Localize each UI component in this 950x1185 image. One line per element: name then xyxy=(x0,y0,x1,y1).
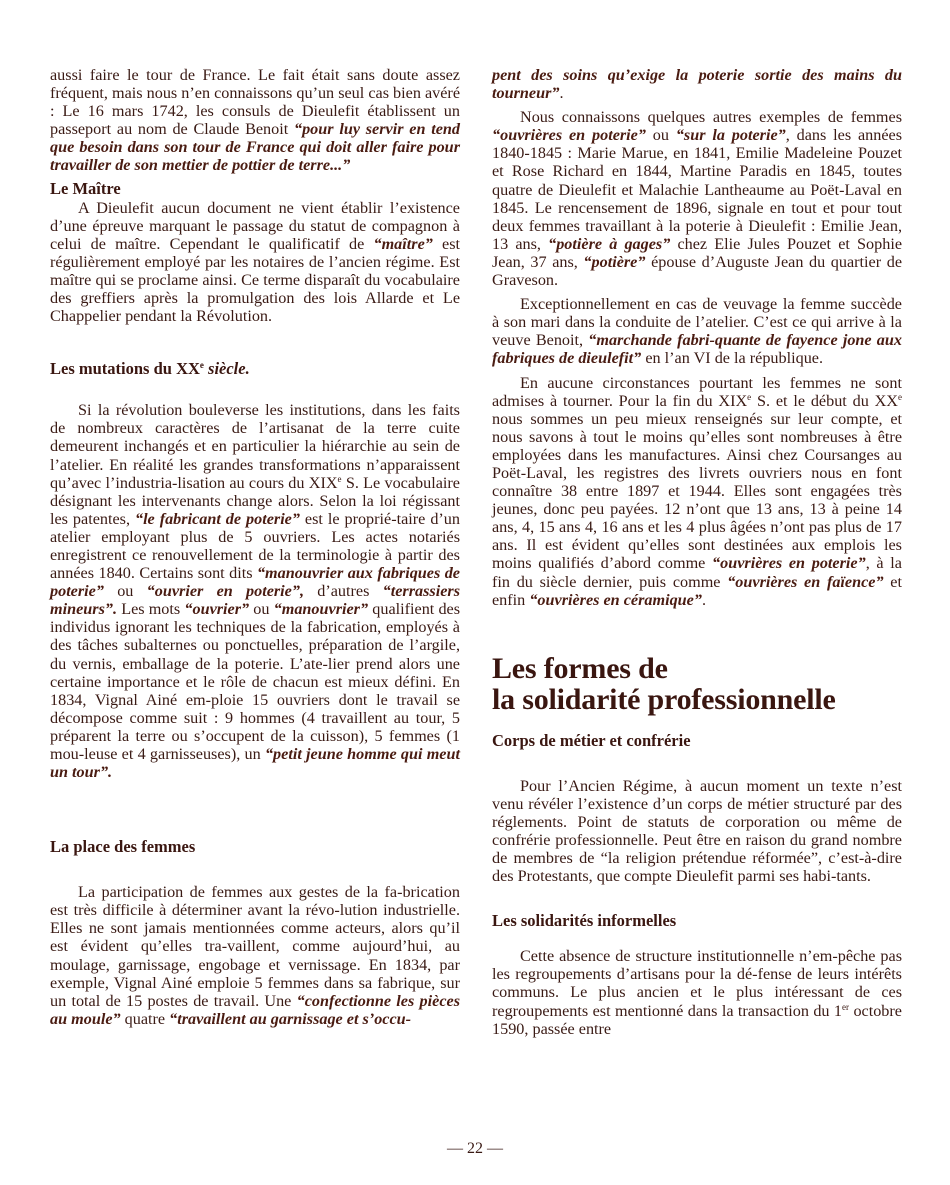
paragraph-place-des-femmes: La participation de femmes aux gestes de… xyxy=(50,883,460,1028)
paragraph-continuation: pent des soins qu’exige la poterie sorti… xyxy=(492,66,902,102)
left-column: aussi faire le tour de France. Le fait é… xyxy=(50,66,460,1028)
heading-le-maitre: Le Maître xyxy=(50,179,460,199)
paragraph-tour-de-france: aussi faire le tour de France. Le fait é… xyxy=(50,66,460,175)
paragraph-ancien-regime: Pour l’Ancien Régime, à aucun moment un … xyxy=(492,777,902,886)
paragraph-mutations: Si la révolution bouleverse les institut… xyxy=(50,401,460,781)
right-column: pent des soins qu’exige la poterie sorti… xyxy=(492,66,902,1038)
heading-corps-de-metier: Corps de métier et confrérie xyxy=(492,731,902,751)
heading-mutations: Les mutations du XXe siècle. xyxy=(50,359,460,379)
heading-place-des-femmes: La place des femmes xyxy=(50,837,460,857)
paragraph-solidarites: Cette absence de structure institutionne… xyxy=(492,947,902,1037)
section-title: Les formes dela solidarité professionnel… xyxy=(492,653,902,715)
paragraph-autres-exemples: Nous connaissons quelques autres exemple… xyxy=(492,108,902,289)
paragraph-le-maitre: A Dieulefit aucun document ne vient étab… xyxy=(50,199,460,326)
page-number: — 22 — xyxy=(0,1140,950,1158)
paragraph-veuvage: Exceptionnellement en cas de veuvage la … xyxy=(492,295,902,367)
paragraph-aucune-circonstances: En aucune circonstances pourtant les fem… xyxy=(492,374,902,609)
heading-solidarites-informelles: Les solidarités informelles xyxy=(492,911,902,931)
